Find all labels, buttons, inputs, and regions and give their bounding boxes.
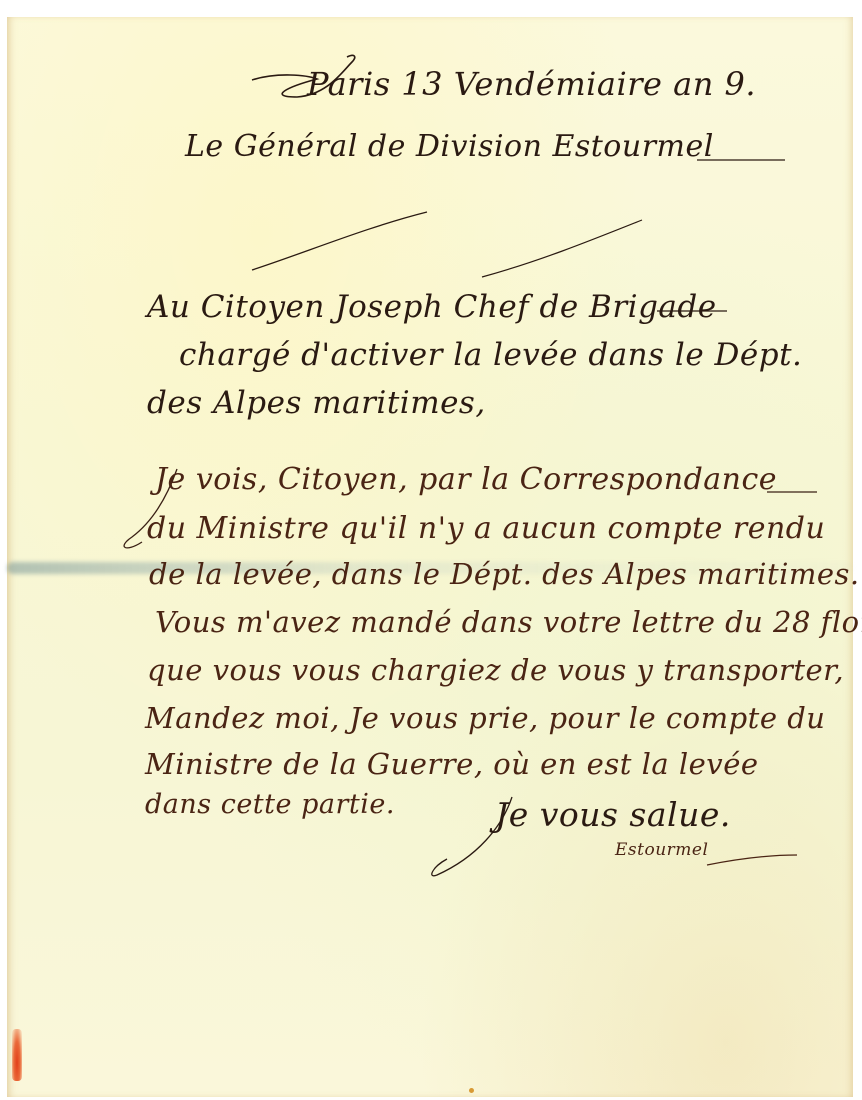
- body-line-1: Je vois, Citoyen, par la Correspondance: [155, 462, 777, 497]
- addressee-line-3: des Alpes maritimes,: [147, 385, 486, 421]
- dateline: Paris 13 Vendémiaire an 9.: [307, 65, 756, 103]
- body-line-6: Mandez moi, Je vous prie, pour le compte…: [145, 701, 825, 735]
- body-line-8: dans cette partie.: [145, 789, 395, 820]
- signature: Estourmel: [615, 840, 708, 860]
- body-line-7: Ministre de la Guerre, où en est la levé…: [145, 747, 759, 781]
- body-line-5: que vous vous chargiez de vous y transpo…: [147, 653, 844, 687]
- addressee-line-2: chargé d'activer la levée dans le Dépt.: [179, 337, 802, 373]
- letter-page: Paris 13 Vendémiaire an 9. Le Général de…: [7, 17, 853, 1097]
- body-line-3: de la levée, dans le Dépt. des Alpes mar…: [149, 557, 860, 591]
- body-line-4: Vous m'avez mandé dans votre lettre du 2…: [155, 605, 862, 639]
- addressee-line-1: Au Citoyen Joseph Chef de Brigade: [147, 289, 717, 325]
- body-line-2: du Ministre qu'il n'y a aucun compte ren…: [147, 511, 825, 546]
- sender-title: Le Général de Division Estourmel: [185, 129, 714, 164]
- closing-salutation: Je vous salue.: [495, 795, 731, 834]
